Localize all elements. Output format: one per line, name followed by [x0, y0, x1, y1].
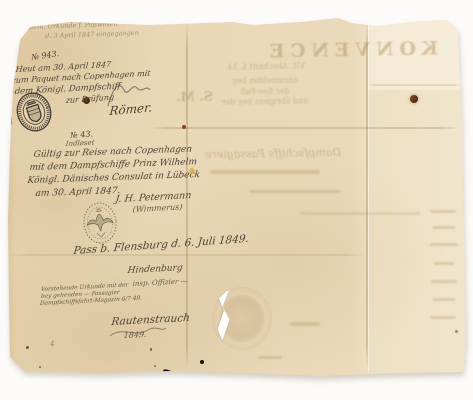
- bleedthrough-faint-line: [210, 170, 320, 174]
- small-speck: [26, 346, 29, 349]
- bleedthrough-faint-line: [433, 226, 455, 229]
- visa-signature-sub: (Wimmerus): [132, 203, 183, 214]
- bleedthrough-headline: KONVENCE: [240, 39, 462, 62]
- small-speck: [154, 365, 156, 367]
- paper-tear-flap: [211, 288, 241, 350]
- small-stain-dot: [250, 21, 254, 25]
- bleedthrough-faint-line: [433, 298, 455, 301]
- margin-mark: 4: [50, 341, 54, 348]
- pass-officer-title: insp. Offizier —: [132, 278, 187, 288]
- bleedthrough-faint-line: [431, 280, 457, 283]
- horizontal-fold-crease: [150, 127, 460, 129]
- bleedthrough-faint-line: [290, 322, 320, 326]
- edge-stain: [8, 116, 12, 125]
- bleedthrough-line: VII. Abschnitt §. 14.: [200, 62, 330, 72]
- small-speck: [150, 348, 152, 351]
- signature-flourish: [104, 80, 152, 108]
- small-speck: [455, 330, 458, 333]
- visa-line: Königl. Dänisches Consulat in Lübeck: [27, 171, 201, 186]
- small-speck: [39, 366, 41, 368]
- black-speck: [200, 360, 204, 364]
- visa-heading: Indløset: [65, 139, 94, 148]
- black-speck: [163, 369, 174, 376]
- pencil-annotation-line: d. 3 April 1847 eingegangen: [45, 30, 139, 40]
- bleedthrough-script-line: Dampfschiffs Passagiere: [168, 146, 378, 161]
- bleedthrough-faint-line: [430, 210, 456, 213]
- bleedthrough-faint-line: [430, 243, 458, 246]
- visa-line: am 30. April 1847.: [35, 187, 121, 199]
- bleedthrough-faint-line: [434, 262, 454, 265]
- edge-stain: [6, 158, 9, 169]
- bleedthrough-faint-line: [430, 316, 456, 319]
- wax-dot: [410, 95, 418, 103]
- bleedthrough-faint-line: [300, 212, 420, 215]
- horizontal-fold-crease: [8, 254, 366, 256]
- document-paper: KONVENCE VII. Abschnitt §. 14. anzumelde…: [0, 0, 473, 400]
- bleedthrough-initials: S. M.: [176, 91, 213, 105]
- signature-flourish: [108, 324, 168, 340]
- red-ink-dot: [182, 125, 186, 129]
- pass-signature: Hindenburg: [127, 264, 183, 276]
- bleedthrough-faint-line: [258, 356, 282, 359]
- bleedthrough-faint-line: [250, 190, 340, 193]
- photograph-of-document: KONVENCE VII. Abschnitt §. 14. anzumelde…: [0, 0, 473, 400]
- eagle-oval-stamp: [79, 199, 121, 247]
- paper-shadow: KONVENCE VII. Abschnitt §. 14. anzumelde…: [0, 0, 473, 400]
- bleedthrough-line: anzumelden bey: [205, 76, 325, 86]
- wax-dot: [83, 97, 90, 104]
- registry-number: № 943.: [31, 50, 60, 62]
- yellow-stain-dot: [189, 168, 195, 174]
- bleedthrough-line: und übrigens bey der: [200, 97, 330, 107]
